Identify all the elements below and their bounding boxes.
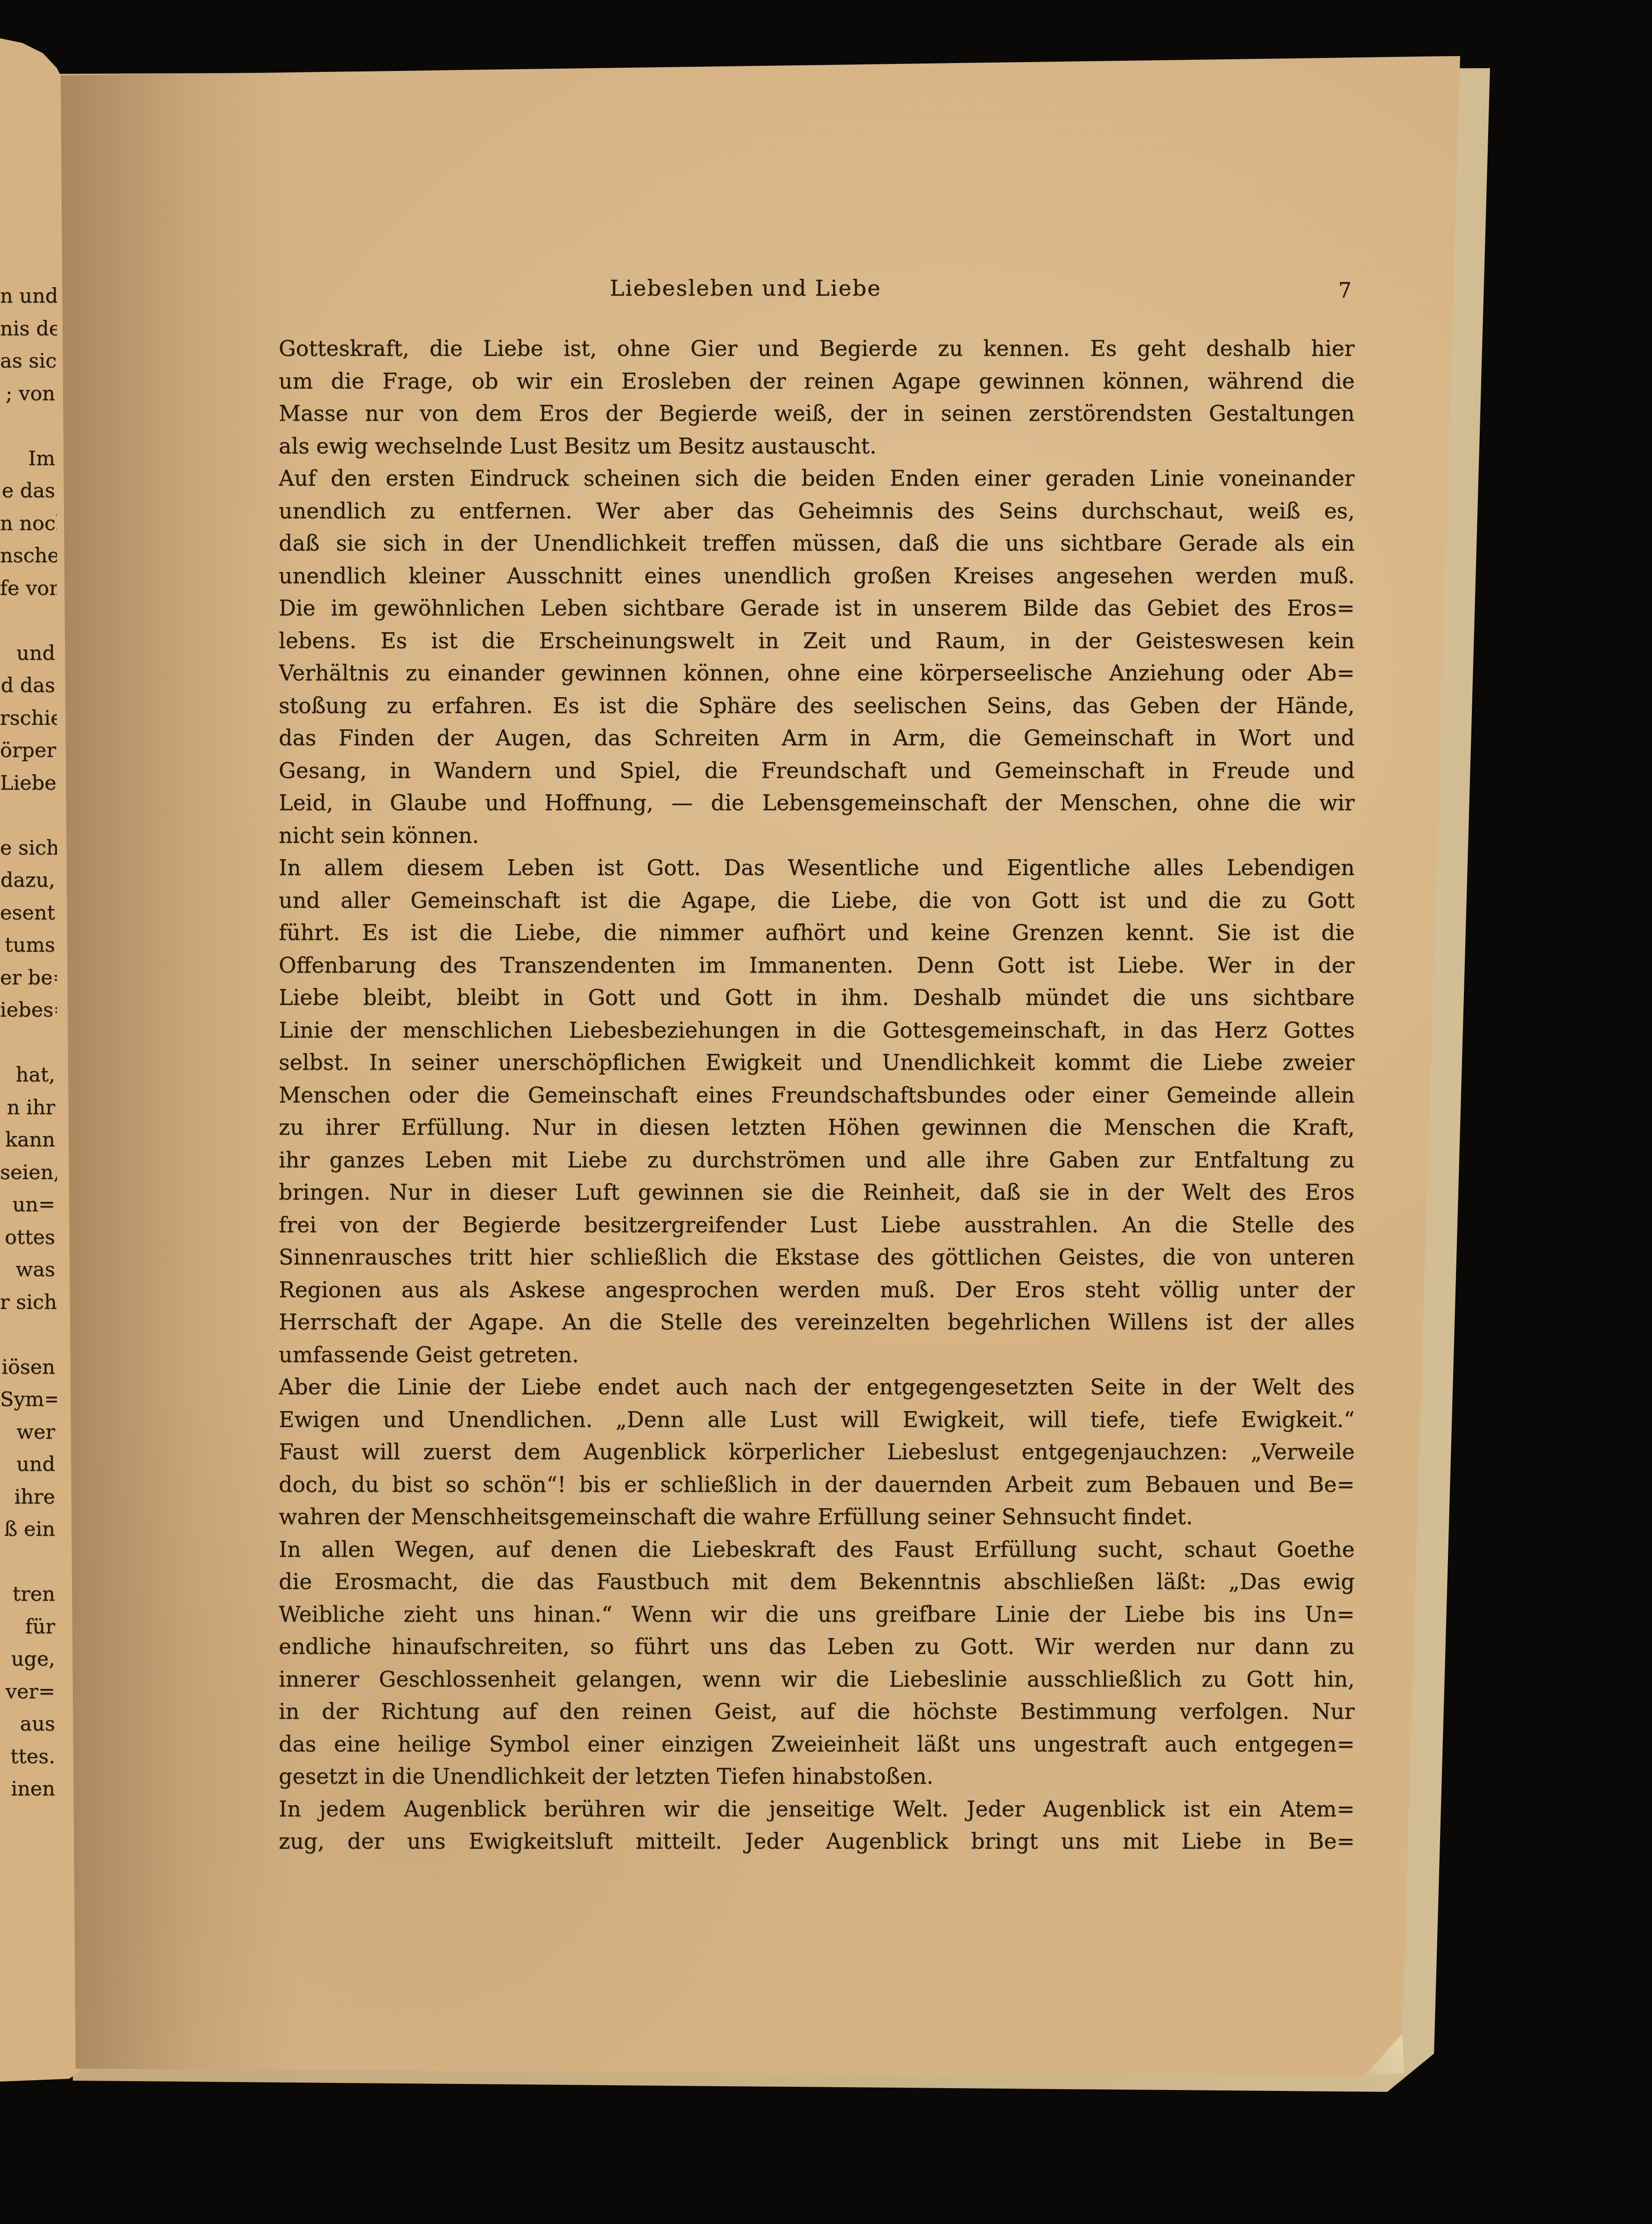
facing-page-fragment-line: r sich — [0, 1286, 57, 1319]
facing-page-fragment-line: was — [0, 1254, 57, 1286]
body-text-line: Masse nur von dem Eros der Begierde weiß… — [279, 397, 1355, 430]
facing-page-fragment-line — [0, 410, 57, 443]
body-text-line: als ewig wechselnde Lust Besitz um Besit… — [279, 430, 1355, 463]
body-text-line: unendlich zu entfernen. Wer aber das Geh… — [279, 495, 1355, 528]
scanned-book-photo: { "colors": { "background": "#0b0908", "… — [0, 0, 1652, 2224]
body-text-line: In jedem Augenblick berühren wir die jen… — [279, 1793, 1355, 1826]
body-text-line: innerer Geschlossenheit gelangen, wenn w… — [279, 1663, 1355, 1696]
body-text-line: das Finden der Augen, das Schreiten Arm … — [279, 722, 1355, 755]
facing-page-fragment-line: esent= — [0, 897, 57, 930]
body-text-line: zug, der uns Ewigkeitsluft mitteilt. Jed… — [279, 1825, 1355, 1858]
facing-page-fragment-line: e das — [0, 475, 57, 508]
facing-page-fragment-line: hat, — [0, 1059, 57, 1092]
body-text-line: endliche hinaufschreiten, so führt uns d… — [279, 1631, 1355, 1663]
body-text-line: In allen Wegen, auf denen die Liebeskraf… — [279, 1533, 1355, 1566]
body-text-line: Regionen aus als Askese angesprochen wer… — [279, 1274, 1355, 1306]
facing-page-fragment-line: seien, — [0, 1157, 57, 1189]
page-number: 7 — [1267, 275, 1351, 307]
body-text-line: Sinnenrausches tritt hier schließlich di… — [279, 1241, 1355, 1274]
body-text-line: Auf den ersten Eindruck scheinen sich di… — [279, 462, 1355, 495]
facing-page-fragment-line: iösen — [0, 1351, 57, 1384]
body-text-line: das eine heilige Symbol einer einzigen Z… — [279, 1728, 1355, 1761]
facing-page-fragment-line: und — [0, 1448, 57, 1481]
facing-page-fragment-line: Liebe — [0, 767, 57, 800]
facing-page-fragment-line: fe von — [0, 572, 57, 605]
body-text-line: Gesang, in Wandern und Spiel, die Freund… — [279, 755, 1355, 787]
body-text-line: stoßung zu erfahren. Es ist die Sphäre d… — [279, 690, 1355, 722]
body-text-line: wahren der Menschheitsgemeinschaft die w… — [279, 1501, 1355, 1533]
body-text-line: Weibliche zieht uns hinan.“ Wenn wir die… — [279, 1598, 1355, 1631]
facing-page-fragment-line: n und — [0, 280, 57, 313]
body-text-line: Liebe bleibt, bleibt in Gott und Gott in… — [279, 981, 1355, 1014]
body-text-line: umfassende Geist getreten. — [279, 1339, 1355, 1371]
body-text-line: selbst. In seiner unerschöpflichen Ewigk… — [279, 1046, 1355, 1079]
facing-page-fragment-line: nschen — [0, 540, 57, 572]
facing-page-fragment-line: ihre — [0, 1481, 57, 1514]
running-head-title: Liebesleben und Liebe — [279, 272, 1212, 305]
body-text-line: gesetzt in die Unendlichkeit der letzten… — [279, 1760, 1355, 1793]
facing-page-fragment-line: un= — [0, 1189, 57, 1221]
facing-page-fragment-line: er be= — [0, 962, 57, 995]
body-text-line: Faust will zuerst dem Augenblick körperl… — [279, 1436, 1355, 1469]
facing-page-fragment-line — [0, 799, 57, 832]
body-text-line: Die im gewöhnlichen Leben sichtbare Gera… — [279, 592, 1355, 625]
facing-page-fragment-line: aus — [0, 1708, 57, 1741]
body-text-line: In allem diesem Leben ist Gott. Das Wese… — [279, 852, 1355, 884]
facing-page-fragment-line: ttes. — [0, 1741, 57, 1773]
body-text-line: Herrschaft der Agape. An die Stelle des … — [279, 1306, 1355, 1339]
facing-page-fragment-line: und — [0, 637, 57, 670]
body-text-line: Linie der menschlichen Liebesbeziehungen… — [279, 1014, 1355, 1047]
body-text-line: Gotteskraft, die Liebe ist, ohne Gier un… — [279, 332, 1355, 365]
facing-page-fragment-line: e sich — [0, 832, 57, 865]
facing-page-fragment-line: n noch — [0, 508, 57, 540]
facing-page-fragment-line: tren — [0, 1578, 57, 1611]
facing-page-fragment-line: nis der — [0, 313, 57, 346]
facing-page-fragment-line: örper= — [0, 734, 57, 767]
facing-page-fragment-line: d das — [0, 670, 57, 702]
facing-page-fragment-line — [0, 1027, 57, 1059]
facing-page-fragment-line: n ihr — [0, 1092, 57, 1124]
facing-page-fragment-line: tums — [0, 929, 57, 962]
facing-page-fragment-line: ver= — [0, 1676, 57, 1709]
body-text-line: nicht sein können. — [279, 819, 1355, 852]
body-text: Gotteskraft, die Liebe ist, ohne Gier un… — [279, 332, 1355, 1858]
body-text-line: in der Richtung auf den reinen Geist, au… — [279, 1695, 1355, 1728]
body-text-line: um die Frage, ob wir ein Erosleben der r… — [279, 365, 1355, 398]
body-text-line: ihr ganzes Leben mit Liebe zu durchström… — [279, 1144, 1355, 1177]
facing-page-fragment-line: ß ein — [0, 1513, 57, 1546]
body-text-line: daß sie sich in der Unendlichkeit treffe… — [279, 527, 1355, 560]
facing-page-fragment-line: ottes — [0, 1221, 57, 1254]
body-text-line: Verhältnis zu einander gewinnen können, … — [279, 657, 1355, 690]
body-text-line: Aber die Linie der Liebe endet auch nach… — [279, 1371, 1355, 1404]
facing-page-fragment-line — [0, 605, 57, 637]
body-text-line: unendlich kleiner Ausschnitt eines unend… — [279, 560, 1355, 593]
body-text-line: die Erosmacht, die das Faustbuch mit dem… — [279, 1566, 1355, 1598]
body-text-line: Ewigen und Unendlichen. „Denn alle Lust … — [279, 1404, 1355, 1436]
facing-page-fragment-line: uge, — [0, 1643, 57, 1676]
body-text-line: führt. Es ist die Liebe, die nimmer aufh… — [279, 917, 1355, 949]
facing-page-fragment-line: für — [0, 1611, 57, 1644]
facing-page-text-fragments: n undnis deras sich; vonIme dasn nochnsc… — [0, 280, 57, 1806]
facing-page-fragment-line: Im — [0, 443, 57, 475]
body-text-line: Leid, in Glaube und Hoffnung, — die Lebe… — [279, 787, 1355, 819]
facing-page-fragment-line: kann — [0, 1124, 57, 1157]
facing-page-fragment-line: wer — [0, 1416, 57, 1449]
facing-page-fragment-line: as sich — [0, 345, 57, 378]
body-text-line: lebens. Es ist die Erscheinungswelt in Z… — [279, 625, 1355, 657]
facing-page-fragment-line: rschied — [0, 702, 57, 735]
body-text-line: frei von der Begierde besitzergreifender… — [279, 1209, 1355, 1242]
facing-page-fragment-line: Sym= — [0, 1384, 57, 1416]
facing-page-fragment-line: dazu, — [0, 864, 57, 897]
facing-page-fragment-line — [0, 1546, 57, 1579]
body-text-line: Offenbarung des Transzendenten im Immane… — [279, 949, 1355, 982]
facing-page-fragment-line: ; von — [0, 378, 57, 410]
body-text-line: Menschen oder die Gemeinschaft eines Fre… — [279, 1079, 1355, 1112]
facing-page-fragment-line: inen — [0, 1773, 57, 1806]
body-text-line: zu ihrer Erfüllung. Nur in diesen letzte… — [279, 1111, 1355, 1144]
facing-page-fragment-line — [0, 1319, 57, 1351]
body-text-line: bringen. Nur in dieser Luft gewinnen sie… — [279, 1176, 1355, 1209]
facing-page-fragment-line: iebes= — [0, 994, 57, 1027]
body-text-line: und aller Gemeinschaft ist die Agape, di… — [279, 884, 1355, 917]
body-text-line: doch, du bist so schön“! bis er schließl… — [279, 1469, 1355, 1501]
